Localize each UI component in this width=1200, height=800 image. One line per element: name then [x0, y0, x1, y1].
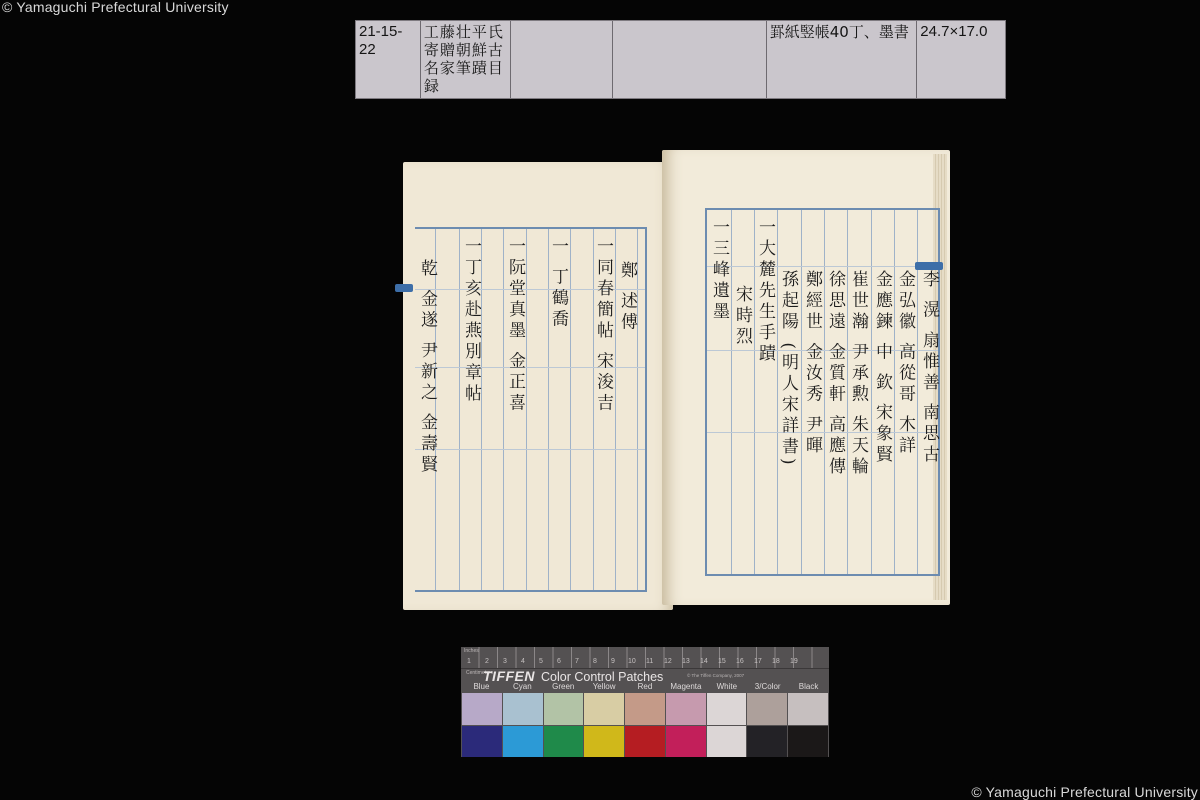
- cm-tick: 16: [736, 658, 744, 665]
- card-copyright: © The Tiffen Company, 2007: [687, 673, 744, 678]
- left-page-grid: 鄭 述傅 一同春簡帖 宋浚吉 一 丁鶴喬 一阮堂真墨 金正喜 一丁亥赴燕別章帖 …: [415, 227, 647, 592]
- swatch-label: Black: [788, 682, 829, 691]
- right-page-column: 鄭經世 金汝秀 尹暉: [802, 270, 822, 457]
- left-page-column: 一阮堂真墨 金正喜: [505, 237, 525, 414]
- record-title: 工藤壮平氏寄贈朝鮮古名家筆蹟目録: [421, 21, 511, 98]
- bookmark-ribbon: [915, 262, 943, 270]
- swatch-light: [788, 693, 828, 725]
- swatch-light: [666, 693, 706, 725]
- right-page-column: 一大麓先生手蹟: [755, 218, 775, 365]
- swatch-column-yellow: [584, 693, 624, 757]
- cm-tick: 5: [539, 658, 543, 665]
- right-page-column: 徐思遠 金質軒 高應傳: [825, 270, 845, 478]
- catalog-record-row: 21-15-22 工藤壮平氏寄贈朝鮮古名家筆蹟目録 罫紙竪帳40丁、墨書 24.…: [355, 20, 1006, 99]
- copyright-watermark-top: © Yamaguchi Prefectural University: [2, 0, 229, 15]
- left-page-column: 乾 金遂 尹新之 金壽賢: [417, 259, 437, 476]
- left-page-column: 一 丁鶴喬: [548, 237, 568, 330]
- swatch-labels: Blue Cyan Green Yellow Red Magenta White…: [461, 682, 829, 691]
- swatch-dark: [666, 726, 706, 758]
- color-swatches: [462, 693, 828, 757]
- swatch-column-blue: [462, 693, 502, 757]
- swatch-light: [503, 693, 543, 725]
- swatch-dark: [707, 726, 747, 758]
- cm-tick: 15: [718, 658, 726, 665]
- cm-tick: 12: [664, 658, 672, 665]
- bookmark-ribbon: [395, 284, 413, 292]
- record-form: 罫紙竪帳40丁、墨書: [767, 21, 918, 98]
- swatch-light: [625, 693, 665, 725]
- cm-tick: 8: [593, 658, 597, 665]
- swatch-light: [462, 693, 502, 725]
- swatch-column-cyan: [503, 693, 543, 757]
- cm-tick: 1: [467, 658, 471, 665]
- record-size: 24.7×17.0: [917, 21, 1005, 98]
- swatch-label: 3/Color: [747, 682, 788, 691]
- swatch-column-green: [544, 693, 584, 757]
- right-page-column: 一三峰遺墨: [709, 218, 729, 323]
- cm-tick: 6: [557, 658, 561, 665]
- open-book-photo: 鄭 述傅 一同春簡帖 宋浚吉 一 丁鶴喬 一阮堂真墨 金正喜 一丁亥赴燕別章帖 …: [395, 150, 960, 612]
- swatch-light: [544, 693, 584, 725]
- swatch-column-red: [625, 693, 665, 757]
- swatch-label: White: [706, 682, 747, 691]
- swatch-dark: [462, 726, 502, 758]
- cm-tick: 4: [521, 658, 525, 665]
- right-page-column: 孫起陽 (明人宋詳書): [778, 270, 798, 469]
- right-page-column: 金弘徽 高從哥 木詳: [895, 270, 915, 457]
- cm-tick: 10: [628, 658, 636, 665]
- right-page-column: 宋時烈: [732, 285, 752, 348]
- swatch-dark: [625, 726, 665, 758]
- swatch-column-white: [707, 693, 747, 757]
- swatch-light: [584, 693, 624, 725]
- color-control-card: Inches 1 2 3 4 5 6 7 8 9 10 11 12 13 14 …: [461, 647, 829, 757]
- record-id: 21-15-22: [356, 21, 421, 98]
- swatch-label: Green: [543, 682, 584, 691]
- cm-tick: 9: [611, 658, 615, 665]
- cm-tick: 11: [646, 658, 653, 665]
- cm-tick: 3: [503, 658, 507, 665]
- swatch-label: Cyan: [502, 682, 543, 691]
- swatch-dark: [503, 726, 543, 758]
- cm-tick: 14: [700, 658, 708, 665]
- copyright-watermark-bottom: © Yamaguchi Prefectural University: [971, 784, 1198, 800]
- swatch-label: Yellow: [584, 682, 625, 691]
- swatch-dark: [544, 726, 584, 758]
- right-page-column: 李 滉 扇惟善 南思古: [919, 270, 939, 466]
- swatch-dark: [747, 726, 787, 758]
- left-page-column: 一丁亥赴燕別章帖: [461, 237, 481, 405]
- swatch-dark: [788, 726, 828, 758]
- cm-tick: 18: [772, 658, 780, 665]
- swatch-label: Magenta: [665, 682, 706, 691]
- swatch-label: Blue: [461, 682, 502, 691]
- left-page-column: 一同春簡帖 宋浚吉: [593, 237, 613, 414]
- ruler-inches-label: Inches: [464, 648, 479, 654]
- right-page-column: 崔世瀚 尹承勲 朱天輪: [848, 270, 868, 478]
- record-empty-cell: [511, 21, 614, 98]
- swatch-light: [747, 693, 787, 725]
- cm-tick: 13: [682, 658, 690, 665]
- swatch-dark: [584, 726, 624, 758]
- ruler: Inches 1 2 3 4 5 6 7 8 9 10 11 12 13 14 …: [461, 647, 829, 669]
- swatch-column-magenta: [666, 693, 706, 757]
- cm-tick: 2: [485, 658, 489, 665]
- right-page-column: 金應鍊 中 欽 宋象賢: [872, 270, 892, 466]
- left-page: 鄭 述傅 一同春簡帖 宋浚吉 一 丁鶴喬 一阮堂真墨 金正喜 一丁亥赴燕別章帖 …: [403, 162, 673, 610]
- swatch-light: [707, 693, 747, 725]
- cm-tick: 17: [754, 658, 762, 665]
- swatch-column-3color: [747, 693, 787, 757]
- swatch-label: Red: [625, 682, 666, 691]
- right-page-grid: 李 滉 扇惟善 南思古 金弘徽 高從哥 木詳 金應鍊 中 欽 宋象賢 崔世瀚 尹…: [705, 208, 940, 576]
- left-page-column: 鄭 述傅: [617, 261, 637, 333]
- record-empty-cell: [613, 21, 767, 98]
- swatch-column-black: [788, 693, 828, 757]
- cm-tick: 7: [575, 658, 579, 665]
- cm-tick: 19: [790, 658, 798, 665]
